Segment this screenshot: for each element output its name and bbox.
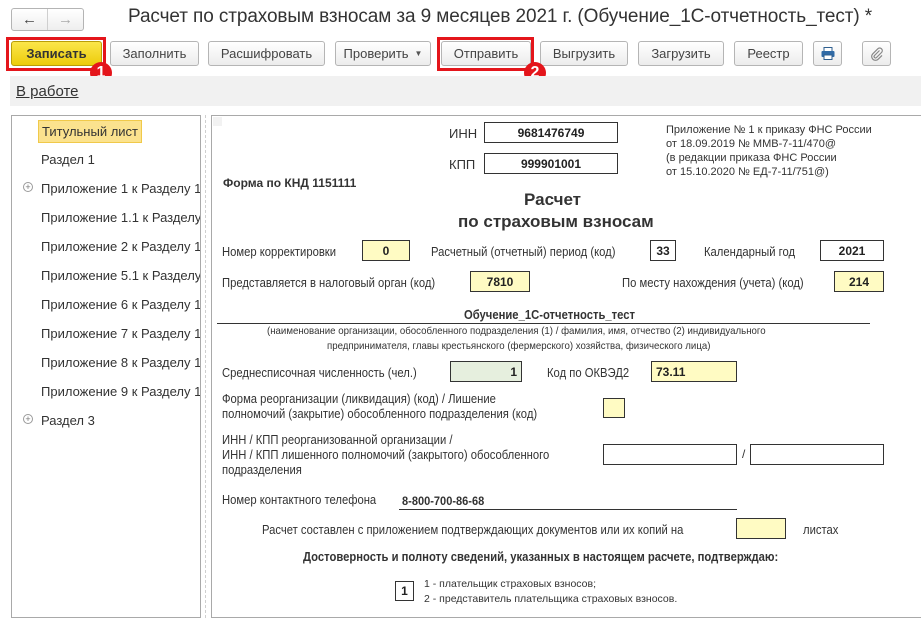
section-item[interactable]: Приложение 8 к Разделу 1 [12, 352, 200, 374]
location-value: 214 [849, 275, 869, 289]
reorg-inn-label-line1: ИНН / КПП реорганизованной организации / [222, 433, 452, 447]
section-item[interactable]: Титульный лист [12, 120, 200, 142]
confirm-heading: Достоверность и полноту сведений, указан… [303, 550, 778, 564]
import-button[interactable]: Загрузить [638, 41, 724, 66]
form-corner [213, 117, 222, 126]
correction-field[interactable]: 0 [362, 240, 410, 261]
section-label: Приложение 9 к Разделу 1 [41, 384, 201, 399]
save-button[interactable]: Записать [11, 41, 102, 66]
section-label: Приложение 2 к Разделу 1 [41, 239, 201, 254]
decode-button-label: Расшифровать [221, 46, 312, 61]
export-button[interactable]: Выгрузить [540, 41, 628, 66]
registry-button-label: Реестр [747, 46, 789, 61]
printer-icon [821, 47, 835, 60]
signer-code-field[interactable]: 1 [395, 581, 414, 601]
okved-label: Код по ОКВЭД2 [547, 366, 629, 380]
arrow-left-icon: ← [22, 11, 37, 28]
inn-label: ИНН [449, 126, 477, 141]
forward-button[interactable]: → [47, 9, 83, 30]
panel-splitter[interactable] [205, 115, 206, 618]
signer-code-value: 1 [401, 584, 408, 598]
headcount-label: Среднесписочная численность (чел.) [222, 366, 417, 380]
section-label: Приложение 1 к Разделу 1 [41, 181, 201, 196]
reorg-inn-field[interactable] [603, 444, 737, 465]
correction-value: 0 [383, 244, 390, 258]
location-label: По месту нахождения (учета) (код) [622, 276, 804, 290]
order-note-line: (в редакции приказа ФНС России [666, 151, 872, 165]
kpp-field[interactable]: 999901001 [484, 153, 618, 174]
signer-option-1: 1 - плательщик страховых взносов; [424, 578, 596, 590]
reorg-separator: / [742, 447, 745, 461]
chevron-down-icon: ▼ [415, 49, 423, 58]
headcount-field[interactable]: 1 [450, 361, 522, 382]
expand-icon[interactable]: + [23, 182, 33, 192]
reorg-inn-label-line2: ИНН / КПП лишенного полномочий (закрытог… [222, 448, 549, 462]
phone-label: Номер контактного телефона [222, 493, 376, 507]
form-heading-line2: по страховым взносам [458, 212, 654, 232]
attach-button[interactable] [862, 41, 891, 66]
section-label: Титульный лист [38, 120, 142, 143]
section-item[interactable]: Раздел 1 [12, 149, 200, 171]
tax-authority-label: Представляется в налоговый орган (код) [222, 276, 435, 290]
period-value: 33 [656, 244, 669, 258]
section-item[interactable]: Приложение 5.1 к Разделу 1 [12, 265, 200, 287]
export-button-label: Выгрузить [553, 46, 615, 61]
paperclip-icon [870, 47, 884, 61]
print-button[interactable] [813, 41, 842, 66]
okved-field[interactable]: 73.11 [651, 361, 737, 382]
period-field[interactable]: 33 [650, 240, 676, 261]
org-name: Обучение_1С-отчетность_тест [464, 308, 635, 322]
section-label: Приложение 6 к Разделу 1 [41, 297, 201, 312]
signer-option-2: 2 - представитель плательщика страховых … [424, 593, 677, 605]
status-link[interactable]: В работе [16, 83, 79, 100]
arrow-right-icon: → [58, 11, 73, 28]
reorg-code-field[interactable] [603, 398, 625, 418]
order-note-line: от 15.10.2020 № ЕД-7-11/751@) [666, 165, 872, 179]
navigation-buttons: ← → [11, 8, 84, 31]
section-item[interactable]: Приложение 1.1 к Разделу 1 [12, 207, 200, 229]
send-button-label: Отправить [454, 46, 518, 61]
form-heading-line1: Расчет [524, 190, 581, 210]
phone-value[interactable]: 8-800-700-86-68 [402, 494, 484, 508]
import-button-label: Загрузить [651, 46, 710, 61]
section-label: Приложение 7 к Разделу 1 [41, 326, 201, 341]
okved-value: 73.11 [656, 365, 685, 379]
inn-field[interactable]: 9681476749 [484, 122, 618, 143]
period-label: Расчетный (отчетный) период (код) [431, 245, 615, 259]
reorg-label-line2: полномочий (закрытие) обособленного подр… [222, 407, 537, 421]
order-note-line: от 18.09.2019 № ММВ-7-11/470@ [666, 137, 872, 151]
order-note: Приложение № 1 к приказу ФНС России от 1… [666, 123, 872, 179]
check-button-label: Проверить [344, 46, 409, 61]
tax-authority-value: 7810 [487, 275, 514, 289]
status-bar: В работе [10, 76, 921, 106]
attachments-suffix: листах [803, 523, 838, 537]
location-field[interactable]: 214 [834, 271, 884, 292]
reorg-label-line1: Форма реорганизации (ликвидация) (код) /… [222, 392, 496, 406]
section-label: Раздел 1 [41, 152, 95, 167]
save-button-label: Записать [26, 46, 86, 61]
attachments-label: Расчет составлен с приложением подтвержд… [262, 523, 683, 537]
section-item[interactable]: Приложение 7 к Разделу 1 [12, 323, 200, 345]
section-item[interactable]: Приложение 9 к Разделу 1 [12, 381, 200, 403]
phone-underline [399, 509, 737, 510]
title-page-form: ИНН 9681476749 КПП 999901001 Приложение … [211, 115, 921, 618]
section-item[interactable]: +Приложение 1 к Разделу 1 [12, 178, 200, 200]
sections-panel: Титульный листРаздел 1+Приложение 1 к Ра… [11, 115, 201, 618]
expand-icon[interactable]: + [23, 414, 33, 424]
inn-value: 9681476749 [518, 126, 585, 140]
org-caption-line2: предпринимателя, главы крестьянского (фе… [327, 340, 710, 352]
attachments-pages-field[interactable] [736, 518, 786, 539]
year-field[interactable]: 2021 [820, 240, 884, 261]
org-caption-line1: (наименование организации, обособленного… [267, 325, 766, 337]
section-item[interactable]: Приложение 6 к Разделу 1 [12, 294, 200, 316]
window-title: Расчет по страховым взносам за 9 месяцев… [128, 6, 872, 28]
reorg-kpp-field[interactable] [750, 444, 884, 465]
send-button[interactable]: Отправить [441, 41, 531, 66]
fill-button[interactable]: Заполнить [110, 41, 199, 66]
knd-code: Форма по КНД 1151111 [223, 176, 356, 190]
section-item[interactable]: +Раздел 3 [12, 410, 200, 432]
org-name-underline [217, 323, 870, 324]
correction-label: Номер корректировки [222, 245, 336, 259]
kpp-label: КПП [449, 157, 475, 172]
section-label: Приложение 1.1 к Разделу 1 [41, 210, 201, 225]
decode-button[interactable]: Расшифровать [208, 41, 325, 66]
back-button[interactable]: ← [12, 9, 47, 30]
year-label: Календарный год [704, 245, 795, 259]
kpp-value: 999901001 [521, 157, 581, 171]
section-label: Раздел 3 [41, 413, 95, 428]
registry-button[interactable]: Реестр [734, 41, 803, 66]
tax-authority-field[interactable]: 7810 [470, 271, 530, 292]
headcount-value: 1 [510, 365, 517, 379]
fill-button-label: Заполнить [123, 46, 187, 61]
reorg-inn-label-line3: подразделения [222, 463, 302, 477]
order-note-line: Приложение № 1 к приказу ФНС России [666, 123, 872, 137]
section-label: Приложение 5.1 к Разделу 1 [41, 268, 201, 283]
check-button[interactable]: Проверить▼ [335, 41, 431, 66]
section-label: Приложение 8 к Разделу 1 [41, 355, 201, 370]
year-value: 2021 [839, 244, 866, 258]
section-item[interactable]: Приложение 2 к Разделу 1 [12, 236, 200, 258]
